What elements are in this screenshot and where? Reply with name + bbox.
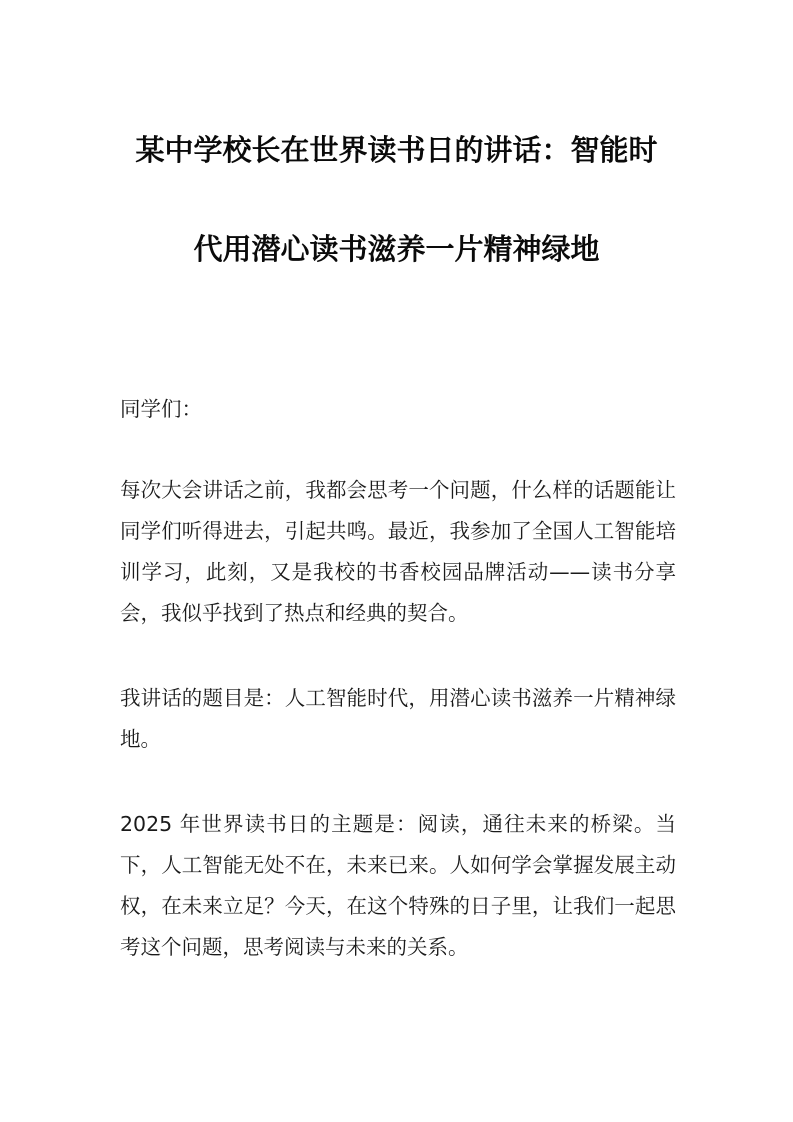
salutation: 同学们：: [120, 389, 676, 430]
document-title-line-1: 某中学校长在世界读书日的讲话：智能时: [0, 130, 793, 170]
document-page: 某中学校长在世界读书日的讲话：智能时 代用潜心读书滋养一片精神绿地 同学们： 每…: [0, 0, 793, 1122]
paragraph-intro: 每次大会讲话之前，我都会思考一个问题，什么样的话题能让同学们听得进去，引起共鸣。…: [120, 470, 676, 634]
paragraph-theme: 2025 年世界读书日的主题是：阅读，通往未来的桥梁。当下，人工智能无处不在，未…: [120, 804, 676, 968]
document-title-line-2: 代用潜心读书滋养一片精神绿地: [0, 229, 793, 269]
paragraph-topic: 我讲话的题目是：人工智能时代，用潜心读书滋养一片精神绿地。: [120, 678, 676, 760]
